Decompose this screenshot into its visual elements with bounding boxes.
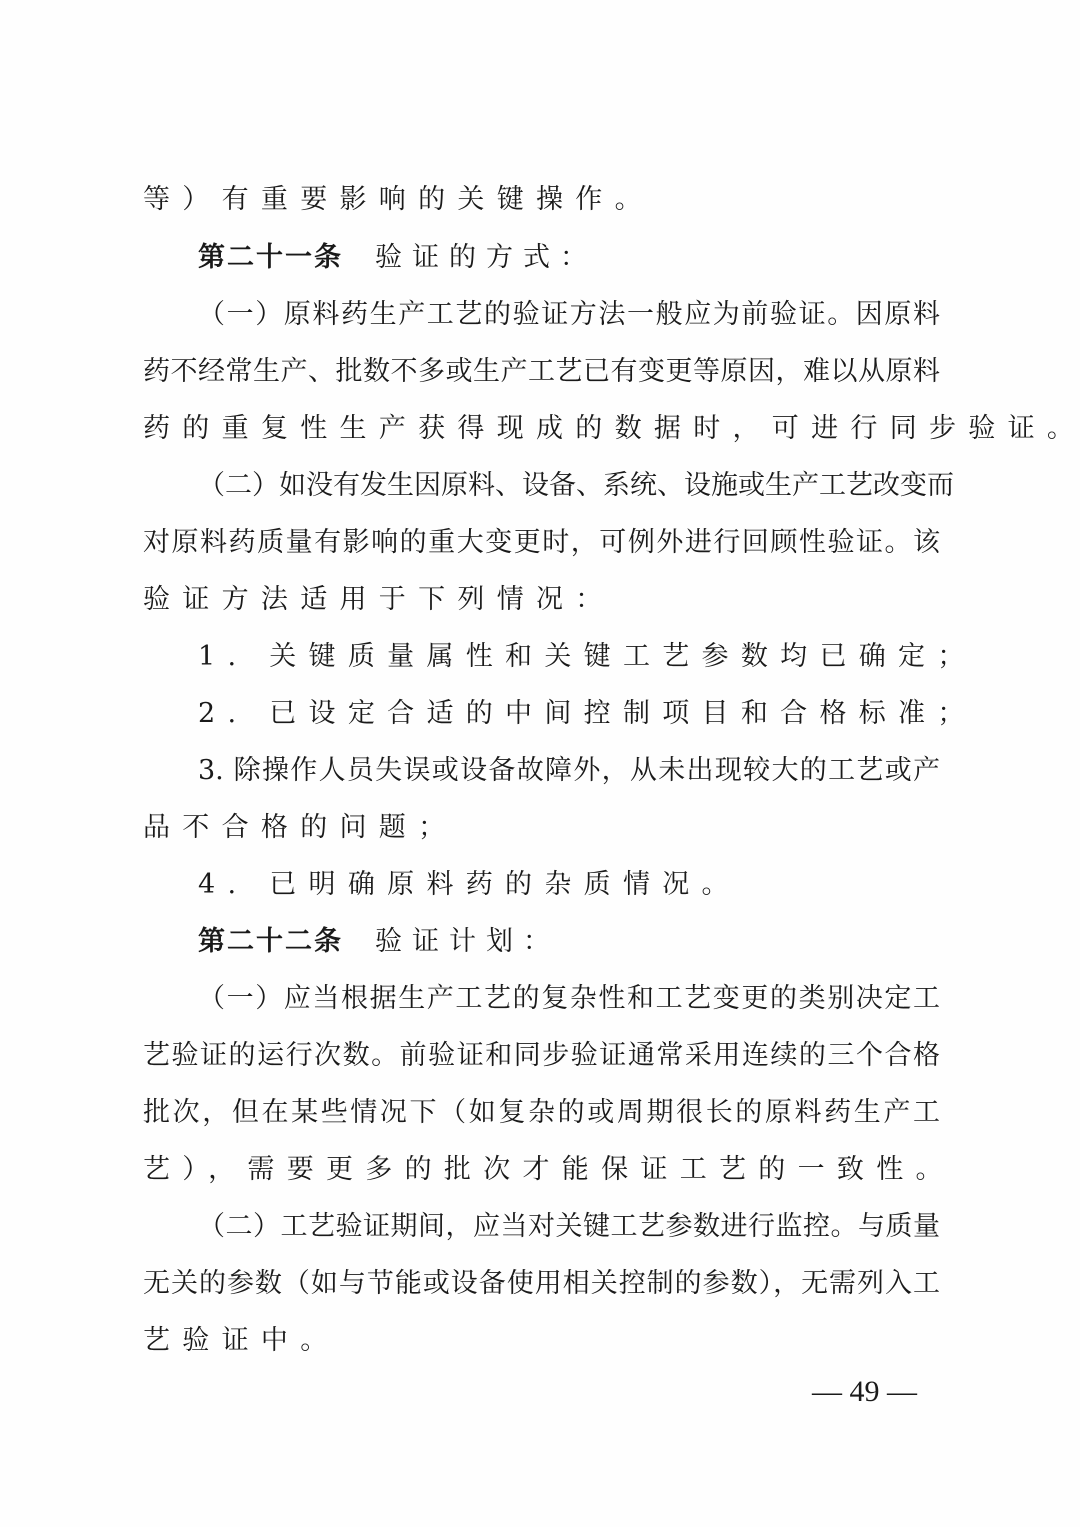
- paragraph-line: 艺），需要更多的批次才能保证工艺的一致性。: [143, 1150, 943, 1190]
- page-number: — 49 —: [812, 1372, 917, 1412]
- document-page: 等）有重要影响的关键操作。 第二十一条验证的方式： （一）原料药生产工艺的验证方…: [0, 0, 1080, 1527]
- paragraph-line: 批次，但在某些情况下（如复杂的或周期很长的原料药生产工: [143, 1093, 940, 1133]
- paragraph-line: 验证方法适用于下列情况：: [143, 580, 943, 620]
- article-number: 第二十一条: [198, 242, 343, 273]
- list-item: 4. 已明确原料药的杂质情况。: [198, 865, 998, 905]
- list-item: 2. 已设定合适的中间控制项目和合格标准；: [198, 694, 998, 734]
- paragraph-line: 艺验证中。: [143, 1321, 943, 1361]
- list-item: 3. 除操作人员失误或设备故障外，从未出现较大的工艺或产: [198, 751, 940, 791]
- article-title: 验证计划：: [375, 926, 560, 957]
- paragraph-line: （二）如没有发生因原料、设备、系统、设施或生产工艺改变而: [198, 466, 940, 506]
- list-item: 1. 关键质量属性和关键工艺参数均已确定；: [198, 637, 998, 677]
- list-item-continuation: 品不合格的问题；: [143, 808, 943, 848]
- paragraph-line: 药不经常生产、批数不多或生产工艺已有变更等原因，难以从原料: [143, 352, 940, 392]
- paragraph-line: 对原料药质量有影响的重大变更时，可例外进行回顾性验证。该: [143, 523, 940, 563]
- paragraph-line: （一）应当根据生产工艺的复杂性和工艺变更的类别决定工: [198, 979, 940, 1019]
- article-number: 第二十二条: [198, 926, 343, 957]
- paragraph-line: 药的重复性生产获得现成的数据时，可进行同步验证。: [143, 409, 943, 449]
- paragraph-line: 无关的参数（如与节能或设备使用相关控制的参数），无需列入工: [143, 1264, 940, 1304]
- paragraph-continuation: 等）有重要影响的关键操作。: [143, 180, 943, 220]
- article-21-heading: 第二十一条验证的方式：: [198, 238, 998, 278]
- article-22-heading: 第二十二条验证计划：: [198, 922, 998, 962]
- article-title: 验证的方式：: [375, 242, 597, 273]
- paragraph-line: （一）原料药生产工艺的验证方法一般应为前验证。因原料: [198, 295, 940, 335]
- paragraph-line: （二）工艺验证期间，应当对关键工艺参数进行监控。与质量: [198, 1207, 940, 1247]
- paragraph-line: 艺验证的运行次数。前验证和同步验证通常采用连续的三个合格: [143, 1036, 940, 1076]
